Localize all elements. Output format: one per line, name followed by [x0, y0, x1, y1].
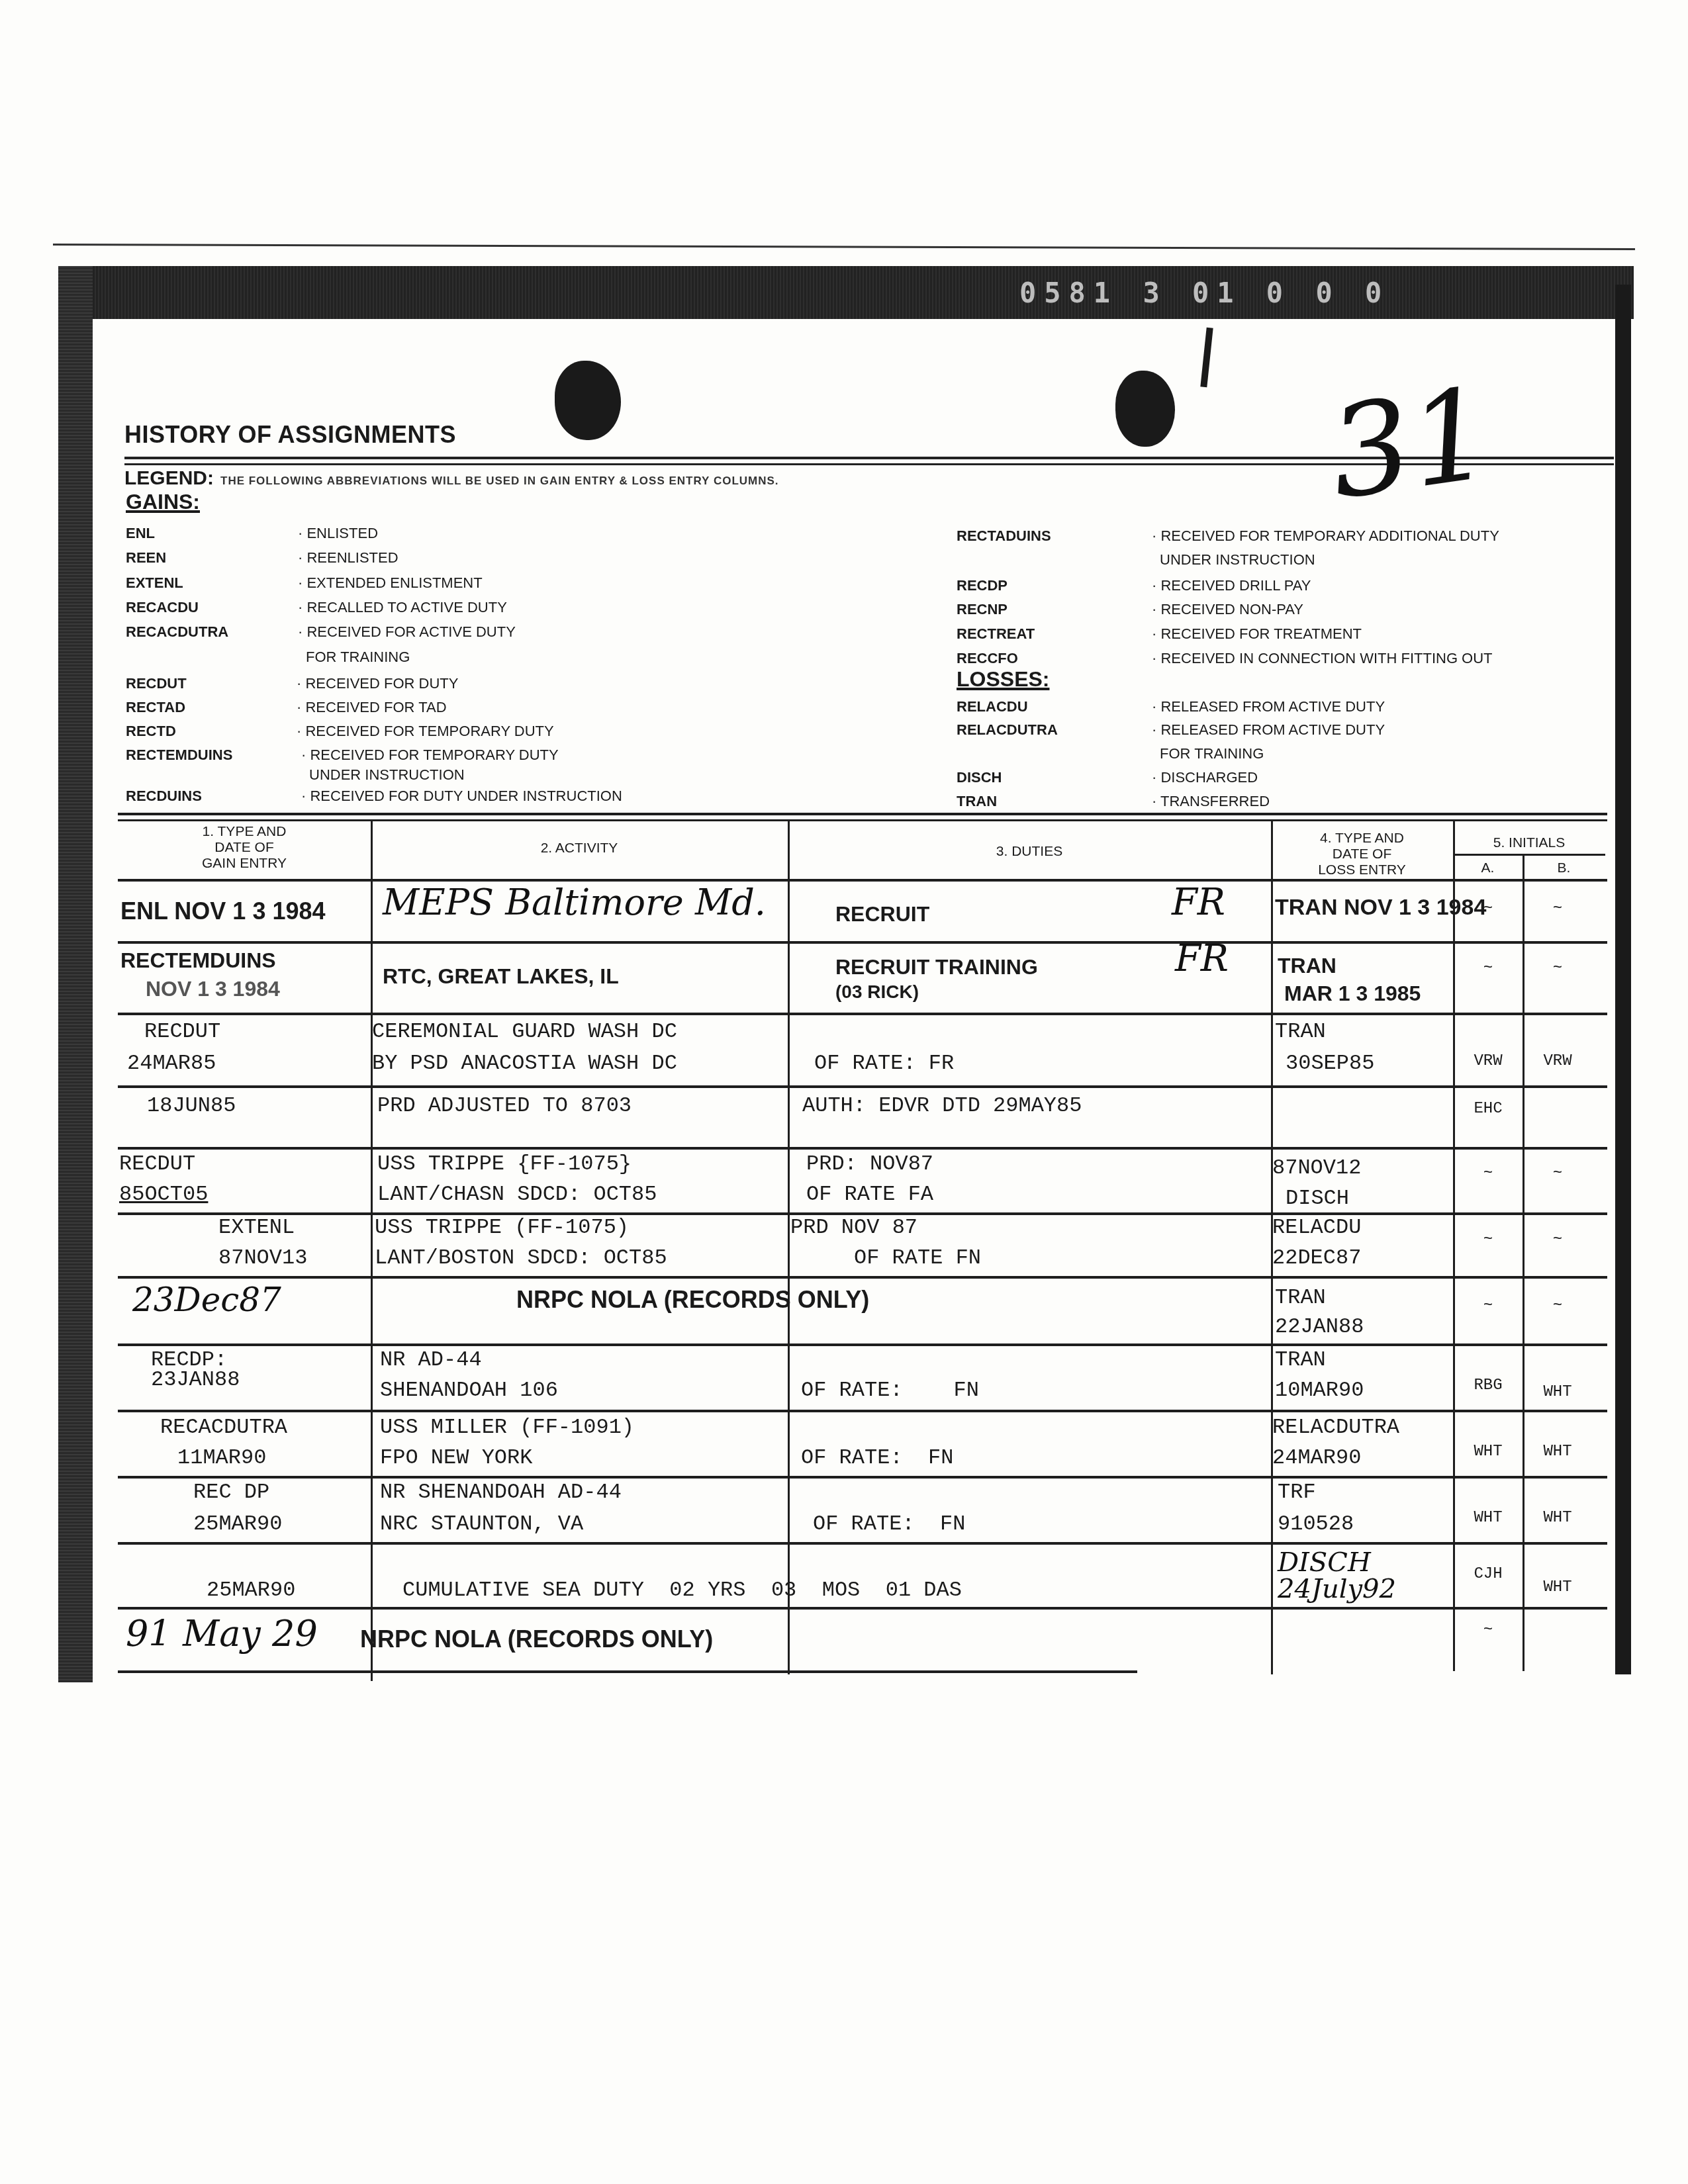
initials-a: ~ — [1455, 1297, 1521, 1315]
table-rule — [118, 1476, 1607, 1479]
col-divider — [371, 821, 373, 1681]
initials-b: ~ — [1524, 1231, 1591, 1249]
table-rule — [118, 941, 1607, 944]
header-loss-entry: 4. TYPE ANDDATE OFLOSS ENTRY — [1271, 831, 1453, 878]
initials-a: ~ — [1455, 1231, 1521, 1249]
initials-b: WHT — [1524, 1578, 1591, 1596]
punch-hole-right — [1115, 371, 1175, 447]
initials-a: EHC — [1455, 1100, 1521, 1118]
initials-a: ~ — [1455, 1165, 1521, 1183]
table-rule — [118, 1410, 1607, 1412]
legend-label: LEGEND: — [124, 467, 214, 489]
legend-text: THE FOLLOWING ABBREVIATIONS WILL BE USED… — [220, 475, 779, 487]
initials-a: WHT — [1455, 1443, 1521, 1461]
header-activity: 2. ACTIVITY — [371, 841, 788, 856]
initials-b: ~ — [1524, 960, 1591, 978]
table-rule — [118, 1542, 1607, 1545]
table-rule — [118, 879, 1607, 882]
page-top-rule — [53, 244, 1635, 250]
table-rule — [118, 1013, 1607, 1015]
initials-a: RBG — [1455, 1377, 1521, 1394]
legend-line: LEGEND:THE FOLLOWING ABBREVIATIONS WILL … — [124, 467, 779, 490]
initials-subrule — [1453, 854, 1605, 856]
losses-heading: LOSSES: — [957, 667, 1049, 692]
table-rule — [118, 1147, 1607, 1150]
col-divider — [788, 821, 790, 1674]
header-initials-a: A. — [1453, 860, 1523, 876]
right-border — [1615, 285, 1631, 1674]
header-initials: 5. INITIALS — [1453, 835, 1605, 851]
gains-heading: GAINS: — [126, 490, 200, 514]
initials-b: WHT — [1524, 1383, 1591, 1401]
header-band-code: 0581 3 01 0 0 0 — [1019, 277, 1389, 309]
initials-a: ~ — [1455, 1621, 1521, 1639]
ink-drip — [1200, 328, 1213, 388]
initials-a: ~ — [1455, 960, 1521, 978]
initials-b: VRW — [1524, 1052, 1591, 1070]
table-rule — [118, 1276, 1607, 1279]
left-binding-border — [58, 266, 93, 1682]
header-duties: 3. DUTIES — [788, 844, 1271, 860]
table-rule — [118, 1343, 1607, 1346]
handwritten-page-number: 31 — [1321, 360, 1500, 527]
initials-b: ~ — [1524, 900, 1591, 918]
initials-b: WHT — [1524, 1509, 1591, 1527]
table-rule — [118, 1085, 1607, 1088]
initials-a: VRW — [1455, 1052, 1521, 1070]
table-rule — [118, 819, 1607, 821]
initials-a: WHT — [1455, 1509, 1521, 1527]
header-gain-entry: 1. TYPE ANDDATE OFGAIN ENTRY — [118, 824, 371, 872]
table-rule — [118, 1670, 1137, 1673]
header-initials-b: B. — [1523, 860, 1605, 876]
initials-a: CJH — [1455, 1565, 1521, 1583]
initials-b: WHT — [1524, 1443, 1591, 1461]
header-band — [60, 266, 1634, 319]
initials-a: ~ — [1455, 900, 1521, 918]
page-title: HISTORY OF ASSIGNMENTS — [124, 421, 456, 449]
initials-b: ~ — [1524, 1297, 1591, 1315]
table-rule — [118, 813, 1607, 815]
punch-hole-left — [555, 361, 621, 440]
initials-b: ~ — [1524, 1165, 1591, 1183]
table-rule — [118, 1607, 1607, 1610]
